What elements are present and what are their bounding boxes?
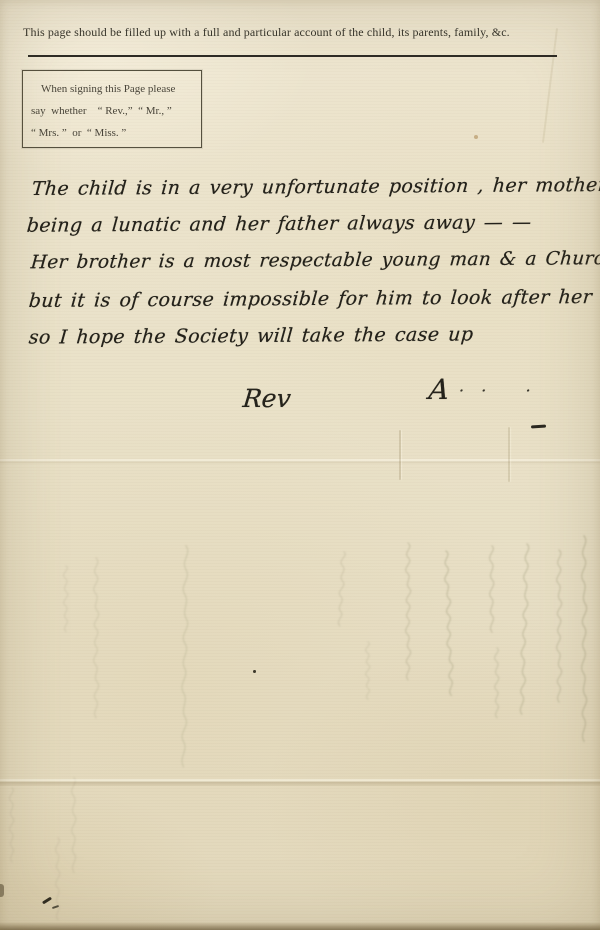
horizontal-fold-crease [0, 779, 600, 786]
signature-dots: · · · [458, 381, 538, 400]
vertical-fold-crease [399, 430, 401, 480]
signing-note-box: When signing this Page please say whethe… [22, 70, 202, 148]
vertical-fold-crease [508, 427, 510, 482]
signature-title: Rev [241, 384, 292, 413]
handwriting-line: The child is in a very unfortunate posit… [31, 174, 600, 200]
note-line: When signing this Page please [23, 71, 201, 100]
signature-initial: A [427, 373, 451, 406]
handwriting-line: so I hope the Society will take the case… [28, 323, 474, 348]
note-line: “ Mrs. ” or “ Miss. ” [23, 122, 201, 144]
handwriting-line: being a lunatic and her father always aw… [26, 211, 532, 237]
edge-blemish [0, 884, 4, 897]
header-rule [28, 55, 557, 57]
ink-speck [42, 897, 52, 905]
horizontal-fold-crease [0, 459, 600, 464]
note-line: say whether “ Rev.,” “ Mr., ” [23, 100, 201, 122]
page-header-instruction: This page should be filled up with a ful… [23, 25, 589, 40]
ink-speck [253, 670, 256, 673]
handwriting-line: Her brother is a most respectable young … [30, 248, 600, 273]
ink-speck [52, 905, 59, 909]
document-page: This page should be filled up with a ful… [0, 0, 600, 930]
signature-dash-mark [531, 424, 546, 428]
diagonal-crease [542, 28, 558, 142]
stain-spot [474, 135, 478, 139]
paper-bottom-edge [0, 922, 600, 930]
handwriting-line: but it is of course impossible for him t… [28, 286, 593, 312]
